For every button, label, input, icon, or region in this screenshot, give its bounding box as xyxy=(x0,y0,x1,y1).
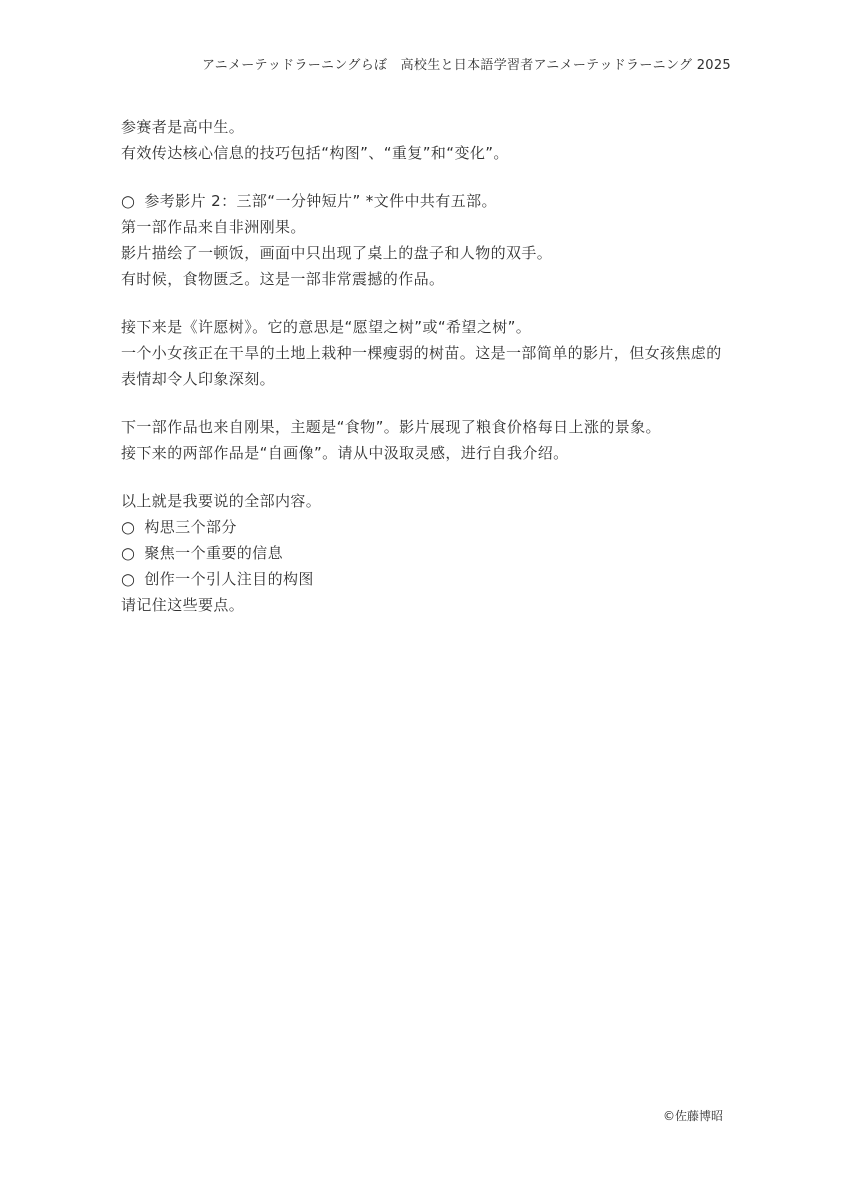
line-text: 聚焦一个重要的信息 xyxy=(144,544,283,562)
bulleted-line: ○构思三个部分 xyxy=(121,514,733,540)
paragraph-block: ○参考影片 2：三部“一分钟短片” *文件中共有五部。 第一部作品来自非洲刚果。… xyxy=(121,188,733,292)
text-line: 以上就是我要说的全部内容。 xyxy=(121,488,733,514)
line-text: 参考影片 2：三部“一分钟短片” *文件中共有五部。 xyxy=(144,192,497,210)
page-header: アニメーテッドラーニングらぼ 高校生と日本語学習者アニメーテッドラーニング 20… xyxy=(0,57,731,75)
circle-bullet-icon: ○ xyxy=(121,567,135,593)
paragraph-block: 参赛者是高中生。 有效传达核心信息的技巧包括“构图”、“重复”和“变化”。 xyxy=(121,114,733,166)
paragraph-block: 以上就是我要说的全部内容。 ○构思三个部分 ○聚焦一个重要的信息 ○创作一个引人… xyxy=(121,488,733,618)
text-line: 参赛者是高中生。 xyxy=(121,114,733,140)
paragraph-block: 接下来是《许愿树》。它的意思是“愿望之树”或“希望之树”。 一个小女孩正在干旱的… xyxy=(121,314,733,392)
bulleted-line: ○参考影片 2：三部“一分钟短片” *文件中共有五部。 xyxy=(121,188,733,214)
circle-bullet-icon: ○ xyxy=(121,541,135,567)
text-line: 接下来的两部作品是“自画像”。请从中汲取灵感，进行自我介绍。 xyxy=(121,440,733,466)
document-body: 参赛者是高中生。 有效传达核心信息的技巧包括“构图”、“重复”和“变化”。 ○参… xyxy=(121,114,733,618)
header-title: アニメーテッドラーニングらぼ 高校生と日本語学習者アニメーテッドラーニング 20… xyxy=(202,58,731,73)
text-line: 影片描绘了一顿饭，画面中只出现了桌上的盘子和人物的双手。 xyxy=(121,240,733,266)
text-line: 第一部作品来自非洲刚果。 xyxy=(121,214,733,240)
text-line: 有效传达核心信息的技巧包括“构图”、“重复”和“变化”。 xyxy=(121,140,733,166)
paragraph-block: 下一部作品也来自刚果，主题是“食物”。影片展现了粮食价格每日上涨的景象。 接下来… xyxy=(121,414,733,466)
document-page: アニメーテッドラーニングらぼ 高校生と日本語学習者アニメーテッドラーニング 20… xyxy=(0,0,849,1200)
line-text: 构思三个部分 xyxy=(144,518,236,536)
text-line: 有时候，食物匮乏。这是一部非常震撼的作品。 xyxy=(121,266,733,292)
copyright: ©佐藤博昭 xyxy=(663,1109,723,1123)
text-line: 下一部作品也来自刚果，主题是“食物”。影片展现了粮食价格每日上涨的景象。 xyxy=(121,414,733,440)
text-line: 一个小女孩正在干旱的土地上栽种一棵瘦弱的树苗。这是一部简单的影片，但女孩焦虑的表… xyxy=(121,340,733,392)
line-text: 创作一个引人注目的构图 xyxy=(144,570,313,588)
bulleted-line: ○创作一个引人注目的构图 xyxy=(121,566,733,592)
bulleted-line: ○聚焦一个重要的信息 xyxy=(121,540,733,566)
circle-bullet-icon: ○ xyxy=(121,189,135,215)
circle-bullet-icon: ○ xyxy=(121,515,135,541)
text-line: 接下来是《许愿树》。它的意思是“愿望之树”或“希望之树”。 xyxy=(121,314,733,340)
page-footer: ©佐藤博昭 xyxy=(663,1108,723,1124)
text-line: 请记住这些要点。 xyxy=(121,592,733,618)
